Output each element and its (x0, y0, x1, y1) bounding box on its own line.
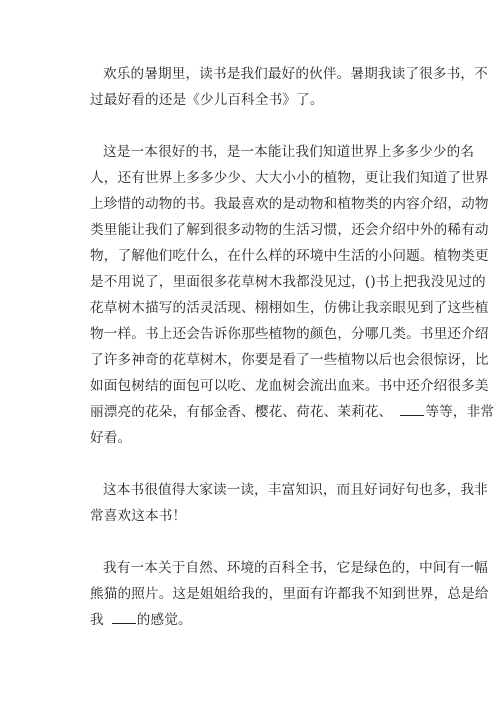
text-line: 我有一本关于自然、环境的百科全书，它是绿色的，中间有一幅 (76, 555, 418, 581)
paragraph-1: 欢乐的暑期里，读书是我们最好的伙伴。暑期我读了很多书，不 过最好看的还是《少儿百… (76, 61, 418, 113)
text-line-with-blank: 我的感觉。 (76, 607, 418, 633)
text-line: 常喜欢这本书！ (76, 503, 418, 529)
text-line-with-blank: 丽漂亮的花朵，有郁金香、樱花、荷花、茉莉花、等等，非常 (76, 399, 418, 425)
text-line: 花草树木描写的活灵活现、栩栩如生，仿佛让我亲眼见到了这些植 (76, 295, 418, 321)
text-line: 这是一本很好的书，是一本能让我们知道世界上多多少少的名 (76, 139, 418, 165)
text-segment: 丽漂亮的花朵，有郁金香、樱花、荷花、茉莉花、 (90, 404, 392, 420)
paragraph-3: 这本书很值得大家读一读，丰富知识，而且好词好句也多，我非 常喜欢这本书！ (76, 477, 418, 529)
text-line: 类里能让我们了解到很多动物的生活习惯，还会介绍中外的稀有动 (76, 217, 418, 243)
text-line: 物，了解他们吃什么，在什么样的环境中生活的小问题。植物类更 (76, 243, 418, 269)
text-segment: 的感觉。 (137, 612, 192, 628)
text-line: 这本书很值得大家读一读，丰富知识，而且好词好句也多，我非 (76, 477, 418, 503)
document-page: 欢乐的暑期里，读书是我们最好的伙伴。暑期我读了很多书，不 过最好看的还是《少儿百… (76, 61, 418, 659)
text-line: 了许多神奇的花草树木，你要是看了一些植物以后也会很惊讶，比 (76, 347, 418, 373)
fill-in-blank (112, 611, 136, 624)
text-line: 是不用说了，里面很多花草树木我都没见过，()书上把我没见过的 (76, 269, 418, 295)
paragraph-4: 我有一本关于自然、环境的百科全书，它是绿色的，中间有一幅 熊猫的照片。这是姐姐给… (76, 555, 418, 633)
text-line: 熊猫的照片。这是姐姐给我的，里面有许都我不知到世界，总是给 (76, 581, 418, 607)
text-line: 如面包树结的面包可以吃、龙血树会流出血来。书中还介绍很多美 (76, 373, 418, 399)
text-segment: 我 (90, 612, 104, 628)
text-line: 人，还有世界上多多少少、大大小小的植物，更让我们知道了世界 (76, 165, 418, 191)
text-line: 好看。 (76, 425, 418, 451)
text-line: 过最好看的还是《少儿百科全书》了。 (76, 87, 418, 113)
fill-in-blank (400, 403, 424, 416)
text-segment: 等等，非常 (425, 404, 494, 420)
paragraph-2: 这是一本很好的书，是一本能让我们知道世界上多多少少的名 人，还有世界上多多少少、… (76, 139, 418, 451)
text-line: 欢乐的暑期里，读书是我们最好的伙伴。暑期我读了很多书，不 (76, 61, 418, 87)
text-line: 上珍惜的动物的书。我最喜欢的是动物和植物类的内容介绍，动物 (76, 191, 418, 217)
text-line: 物一样。书上还会告诉你那些植物的颜色，分哪几类。书里还介绍 (76, 321, 418, 347)
